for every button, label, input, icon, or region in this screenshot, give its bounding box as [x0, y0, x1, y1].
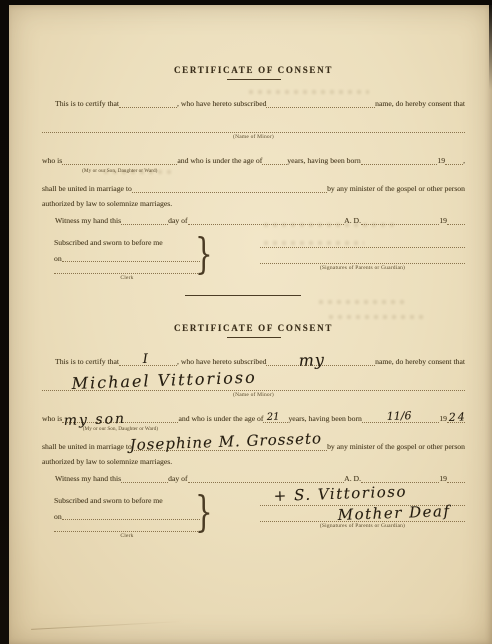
handwritten-possessive: my: [299, 352, 326, 369]
witness-text: Witness my hand this: [55, 217, 121, 225]
handwritten-birth-year: 24: [448, 411, 466, 423]
clerk-label: Clerk: [54, 534, 200, 540]
birth-date-blank-field: [361, 162, 438, 165]
sworn-text: Subscribed and sworn to before me: [54, 239, 200, 247]
certify-line: This is to certify that , who have heret…: [42, 100, 465, 108]
minor-name-label: (Name of Minor): [42, 393, 465, 399]
certify-text-3: name, do hereby consent that: [375, 100, 465, 108]
title-underline: [227, 337, 281, 338]
certify-text-1: This is to certify that: [55, 358, 119, 366]
subscriber-blank-field: I: [119, 363, 177, 366]
relationship-blank-field: (My or our Son, Daughter or Ward): [62, 162, 177, 165]
signature-line-2: Mother Deaf: [260, 519, 465, 522]
minor-name-label: (Name of Minor): [42, 135, 465, 141]
title-underline: [227, 79, 281, 80]
minor-name-line: [42, 130, 465, 133]
bleed-through-mark: [319, 300, 404, 304]
paper-crease: [31, 621, 181, 630]
minor-name-line: Michael Vittorioso: [42, 388, 465, 391]
handwritten-spouse-name: Josephine M. Grosseto: [129, 431, 322, 453]
relationship-label: (My or our Son, Daughter or Ward): [62, 168, 177, 174]
month-blank-field: [188, 480, 345, 483]
scan-border-left: [0, 0, 9, 628]
who-is-text: who is: [42, 415, 62, 423]
relationship-age-line: who is (My or our Son, Daughter or Ward)…: [42, 157, 465, 165]
authorized-text: authorized by law to solemnize marriages…: [42, 200, 172, 208]
comma-text: ,: [463, 157, 465, 165]
signature-line-1: [260, 245, 465, 248]
handwritten-signature-note: Mother Deaf: [337, 504, 450, 523]
clerk-attestation: Subscribed and sworn to before me on Cle…: [42, 497, 200, 540]
handwritten-birth-date: 11/6: [386, 410, 411, 422]
on-text: on: [54, 255, 62, 263]
certify-text-2: , who have hereto subscribed: [177, 100, 266, 108]
section-divider: [185, 295, 301, 296]
parent-signature-area: + S. Vittorioso Mother Deaf (Signatures …: [260, 497, 465, 540]
witness-line: Witness my hand this day of A. D. 19: [42, 217, 465, 225]
age-blank-field: [262, 162, 287, 165]
day-blank-field: [121, 480, 168, 483]
certify-line: This is to certify that I , who have her…: [42, 358, 465, 366]
marriage-line: shall be united in marriage to Josephine…: [42, 443, 465, 451]
marriage-line: shall be united in marriage to by any mi…: [42, 185, 465, 193]
authorized-line: authorized by law to solemnize marriages…: [42, 200, 465, 208]
minister-text: by any minister of the gospel or other p…: [327, 443, 465, 451]
year-prefix-text: 19: [439, 475, 447, 483]
certify-text-3: name, do hereby consent that: [375, 358, 465, 366]
year-prefix-text: 19: [437, 157, 445, 165]
signature-line-2: [260, 261, 465, 264]
signatures-label: (Signatures of Parents or Guardian): [260, 266, 465, 272]
ad-text: A. D.: [344, 217, 361, 225]
brace-glyph: }: [195, 232, 213, 275]
ad-blank-field: [361, 222, 439, 225]
form-title: CERTIFICATE OF CONSENT: [42, 65, 465, 75]
clerk-attestation: Subscribed and sworn to before me on Cle…: [42, 239, 200, 282]
sworn-date-blank-field: [62, 517, 200, 520]
form-title: CERTIFICATE OF CONSENT: [42, 323, 465, 333]
handwritten-age: 21: [267, 412, 280, 422]
year-blank-field: [447, 480, 465, 483]
age-blank-field: 21: [263, 420, 288, 423]
sworn-date-line: on: [54, 513, 200, 521]
under-age-text: and who is under the age of: [178, 415, 263, 423]
parent-signature-area: (Signatures of Parents or Guardian): [260, 239, 465, 282]
who-is-text: who is: [42, 157, 62, 165]
certify-text-2: , who have hereto subscribed: [177, 358, 266, 366]
sworn-date-blank-field: [62, 259, 200, 262]
birth-date-blank-field: 11/6: [362, 420, 439, 423]
signoff-block: Subscribed and sworn to before me on Cle…: [42, 497, 465, 540]
month-blank-field: [188, 222, 345, 225]
minister-text: by any minister of the gospel or other p…: [327, 185, 465, 193]
spouse-blank-field: Josephine M. Grosseto: [132, 448, 327, 451]
authorized-line: authorized by law to solemnize marriages…: [42, 458, 465, 466]
relationship-age-line: who is (My or our Son, Daughter or Ward)…: [42, 415, 465, 423]
signatures-label: (Signatures of Parents or Guardian): [260, 524, 465, 530]
brace-glyph: }: [195, 490, 213, 533]
sworn-date-line: on: [54, 255, 200, 263]
handwritten-relationship: my son: [64, 412, 127, 428]
clerk-signature-line: [54, 271, 200, 274]
handwritten-minor-name: Michael Vittorioso: [71, 369, 257, 391]
name-word-blank-field: [266, 105, 375, 108]
consent-form-filled: CERTIFICATE OF CONSENT This is to certif…: [42, 323, 465, 540]
scan-border-top: [0, 0, 492, 5]
bleed-through-mark: [329, 315, 424, 319]
married-to-text: shall be united in marriage to: [42, 185, 132, 193]
day-blank-field: [121, 222, 168, 225]
day-of-text: day of: [168, 475, 187, 483]
on-text: on: [54, 513, 62, 521]
name-word-blank-field: my: [266, 363, 375, 366]
relationship-blank-field: (My or our Son, Daughter or Ward) my son: [62, 420, 178, 423]
witness-text: Witness my hand this: [55, 475, 121, 483]
handwritten-signature: + S. Vittorioso: [273, 484, 407, 504]
ad-text: A. D.: [344, 475, 361, 483]
authorized-text: authorized by law to solemnize marriages…: [42, 458, 172, 466]
married-to-text: shall be united in marriage to: [42, 443, 132, 451]
sworn-text: Subscribed and sworn to before me: [54, 497, 200, 505]
year-blank-field: [447, 222, 465, 225]
subscriber-blank-field: [119, 105, 177, 108]
years-born-text: years, having been born: [288, 415, 361, 423]
birth-year-blank-field: 24: [447, 420, 465, 423]
certify-text-1: This is to certify that: [55, 100, 119, 108]
consent-form-blank: CERTIFICATE OF CONSENT This is to certif…: [42, 65, 465, 282]
year-prefix-text: 19: [439, 217, 447, 225]
clerk-label: Clerk: [54, 276, 200, 282]
years-born-text: years, having been born: [287, 157, 360, 165]
day-of-text: day of: [168, 217, 187, 225]
year-prefix-text: 19: [439, 415, 447, 423]
signoff-block: Subscribed and sworn to before me on Cle…: [42, 239, 465, 282]
under-age-text: and who is under the age of: [177, 157, 262, 165]
handwritten-subscriber: I: [143, 353, 149, 366]
spouse-blank-field: [132, 190, 327, 193]
clerk-signature-line: [54, 529, 200, 532]
birth-year-blank-field: [445, 162, 463, 165]
scanned-page: CERTIFICATE OF CONSENT This is to certif…: [9, 5, 492, 644]
